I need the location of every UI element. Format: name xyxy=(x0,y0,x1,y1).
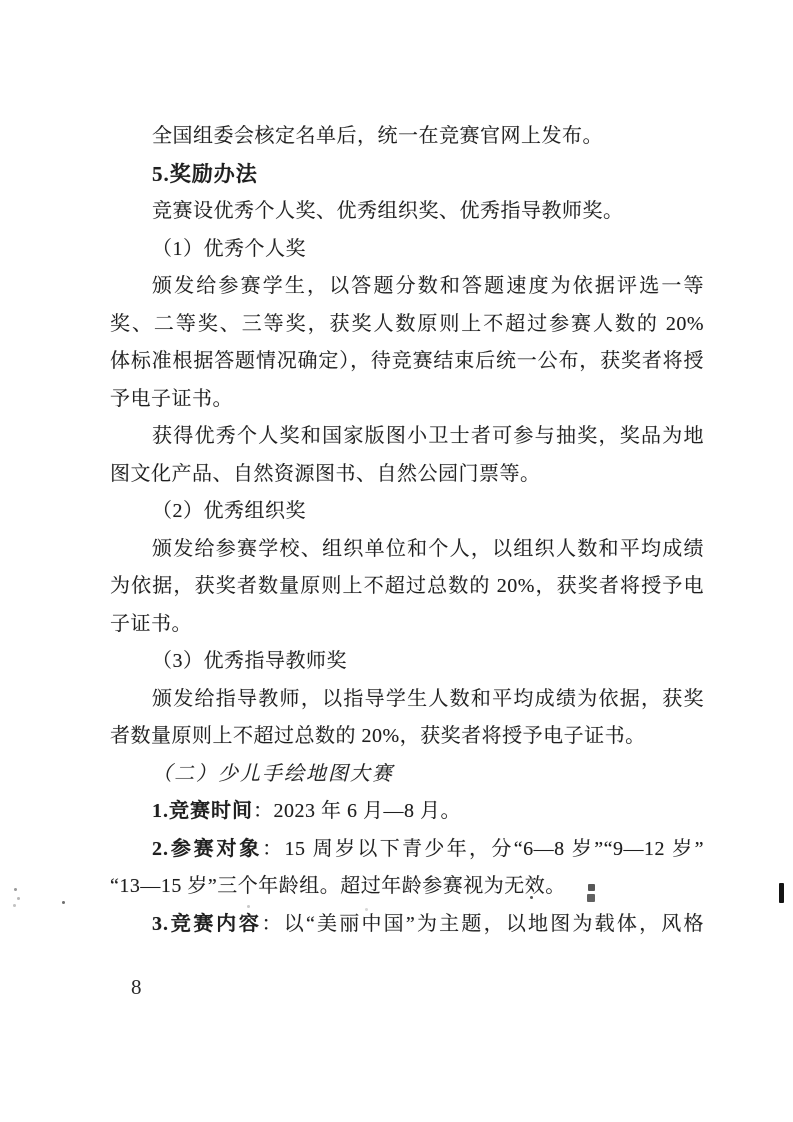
scan-speck xyxy=(247,905,250,908)
heading-text-segment: 3.竞赛内容 xyxy=(152,913,262,935)
text-line: 5.奖励办法 xyxy=(110,156,704,194)
scan-speck xyxy=(13,904,16,907)
body-text-segment: 为依据，获奖者数量原则上不超过总数的 20%，获奖者将授予电 xyxy=(110,575,704,597)
heading-text-segment: 2.参赛对象 xyxy=(152,838,262,860)
body-text-segment: 图文化产品、自然资源图书、自然公园门票等。 xyxy=(110,463,541,485)
body-text-segment: （1）优秀个人奖 xyxy=(152,238,306,260)
text-line: 图文化产品、自然资源图书、自然公园门票等。 xyxy=(110,456,704,494)
text-line: 体标准根据答题情况确定），待竞赛结束后统一公布，获奖者将授 xyxy=(110,343,704,381)
body-text-segment: 子证书。 xyxy=(110,613,192,635)
text-line: 奖、二等奖、三等奖，获奖人数原则上不超过参赛人数的 20%（具 xyxy=(110,306,704,344)
body-text-segment: ：2023 年 6 月—8 月。 xyxy=(253,800,461,822)
scan-speck xyxy=(17,897,20,900)
body-text-segment: （3）优秀指导教师奖 xyxy=(152,650,347,672)
text-line: 竞赛设优秀个人奖、优秀组织奖、优秀指导教师奖。 xyxy=(110,193,704,231)
text-line: 获得优秀个人奖和国家版图小卫士者可参与抽奖，奖品为地 xyxy=(110,418,704,456)
body-text-segment: （二）少儿手绘地图大赛 xyxy=(152,763,394,785)
scan-smudge xyxy=(587,894,595,902)
body-text-segment: 者数量原则上不超过总数的 20%，获奖者将授予电子证书。 xyxy=(110,725,646,747)
heading-text-segment: 1.竞赛时间 xyxy=(152,800,253,822)
scan-speck xyxy=(62,901,65,904)
text-line: （1）优秀个人奖 xyxy=(110,231,704,269)
text-line: （二）少儿手绘地图大赛 xyxy=(110,756,704,794)
text-line: 者数量原则上不超过总数的 20%，获奖者将授予电子证书。 xyxy=(110,718,704,756)
text-line: 颁发给参赛学校、组织单位和个人，以组织人数和平均成绩 xyxy=(110,531,704,569)
body-text-segment: 获得优秀个人奖和国家版图小卫士者可参与抽奖，奖品为地 xyxy=(152,425,704,447)
scan-smudge xyxy=(588,884,595,891)
scan-speck xyxy=(530,896,533,899)
body-text-segment: 体标准根据答题情况确定），待竞赛结束后统一公布，获奖者将授 xyxy=(110,350,704,372)
body-text-segment: 颁发给指导教师，以指导学生人数和平均成绩为依据，获奖 xyxy=(152,688,704,710)
body-text-segment: 颁发给参赛学校、组织单位和个人，以组织人数和平均成绩 xyxy=(152,538,704,560)
body-text-segment: 全国组委会核定名单后，统一在竞赛官网上发布。 xyxy=(152,125,603,147)
text-line: （2）优秀组织奖 xyxy=(110,493,704,531)
text-line: 2.参赛对象：15 周岁以下青少年，分“6—8 岁”“9—12 岁” xyxy=(110,831,704,869)
text-line: 1.竞赛时间：2023 年 6 月—8 月。 xyxy=(110,793,704,831)
body-text-segment: （2）优秀组织奖 xyxy=(152,500,306,522)
scanned-document-page: 全国组委会核定名单后，统一在竞赛官网上发布。5.奖励办法竞赛设优秀个人奖、优秀组… xyxy=(0,0,793,1122)
body-text-segment: 颁发给参赛学生，以答题分数和答题速度为依据评选一等 xyxy=(152,275,704,297)
text-line: 3.竞赛内容：以“美丽中国”为主题，以地图为载体，风格 xyxy=(110,906,704,944)
heading-text-segment: 5.奖励办法 xyxy=(152,162,258,186)
text-line: 颁发给参赛学生，以答题分数和答题速度为依据评选一等 xyxy=(110,268,704,306)
scan-speck xyxy=(365,908,368,911)
text-line: 颁发给指导教师，以指导学生人数和平均成绩为依据，获奖 xyxy=(110,681,704,719)
body-text-segment: 奖、二等奖、三等奖，获奖人数原则上不超过参赛人数的 20%（具 xyxy=(110,313,704,344)
body-text-segment: ：以“美丽中国”为主题，以地图为载体，风格 xyxy=(262,913,704,935)
text-line: （3）优秀指导教师奖 xyxy=(110,643,704,681)
body-text-segment: ：15 周岁以下青少年，分“6—8 岁”“9—12 岁” xyxy=(262,838,704,860)
document-page: { "page": { "number": "8", "ink_color": … xyxy=(0,0,793,1122)
scan-speck xyxy=(14,888,17,891)
body-text-segment: 竞赛设优秀个人奖、优秀组织奖、优秀指导教师奖。 xyxy=(152,200,624,222)
document-body-text: 全国组委会核定名单后，统一在竞赛官网上发布。5.奖励办法竞赛设优秀个人奖、优秀组… xyxy=(110,118,704,943)
scan-artifact-bar xyxy=(779,883,784,903)
body-text-segment: 予电子证书。 xyxy=(110,388,233,410)
text-line: 子证书。 xyxy=(110,606,704,644)
text-line: “13—15 岁”三个年龄组。超过年龄参赛视为无效。 xyxy=(110,868,704,906)
page-number: 8 xyxy=(131,974,142,1000)
body-text-segment: “13—15 岁”三个年龄组。超过年龄参赛视为无效。 xyxy=(110,875,566,897)
text-line: 为依据，获奖者数量原则上不超过总数的 20%，获奖者将授予电 xyxy=(110,568,704,606)
text-line: 予电子证书。 xyxy=(110,381,704,419)
text-line: 全国组委会核定名单后，统一在竞赛官网上发布。 xyxy=(110,118,704,156)
